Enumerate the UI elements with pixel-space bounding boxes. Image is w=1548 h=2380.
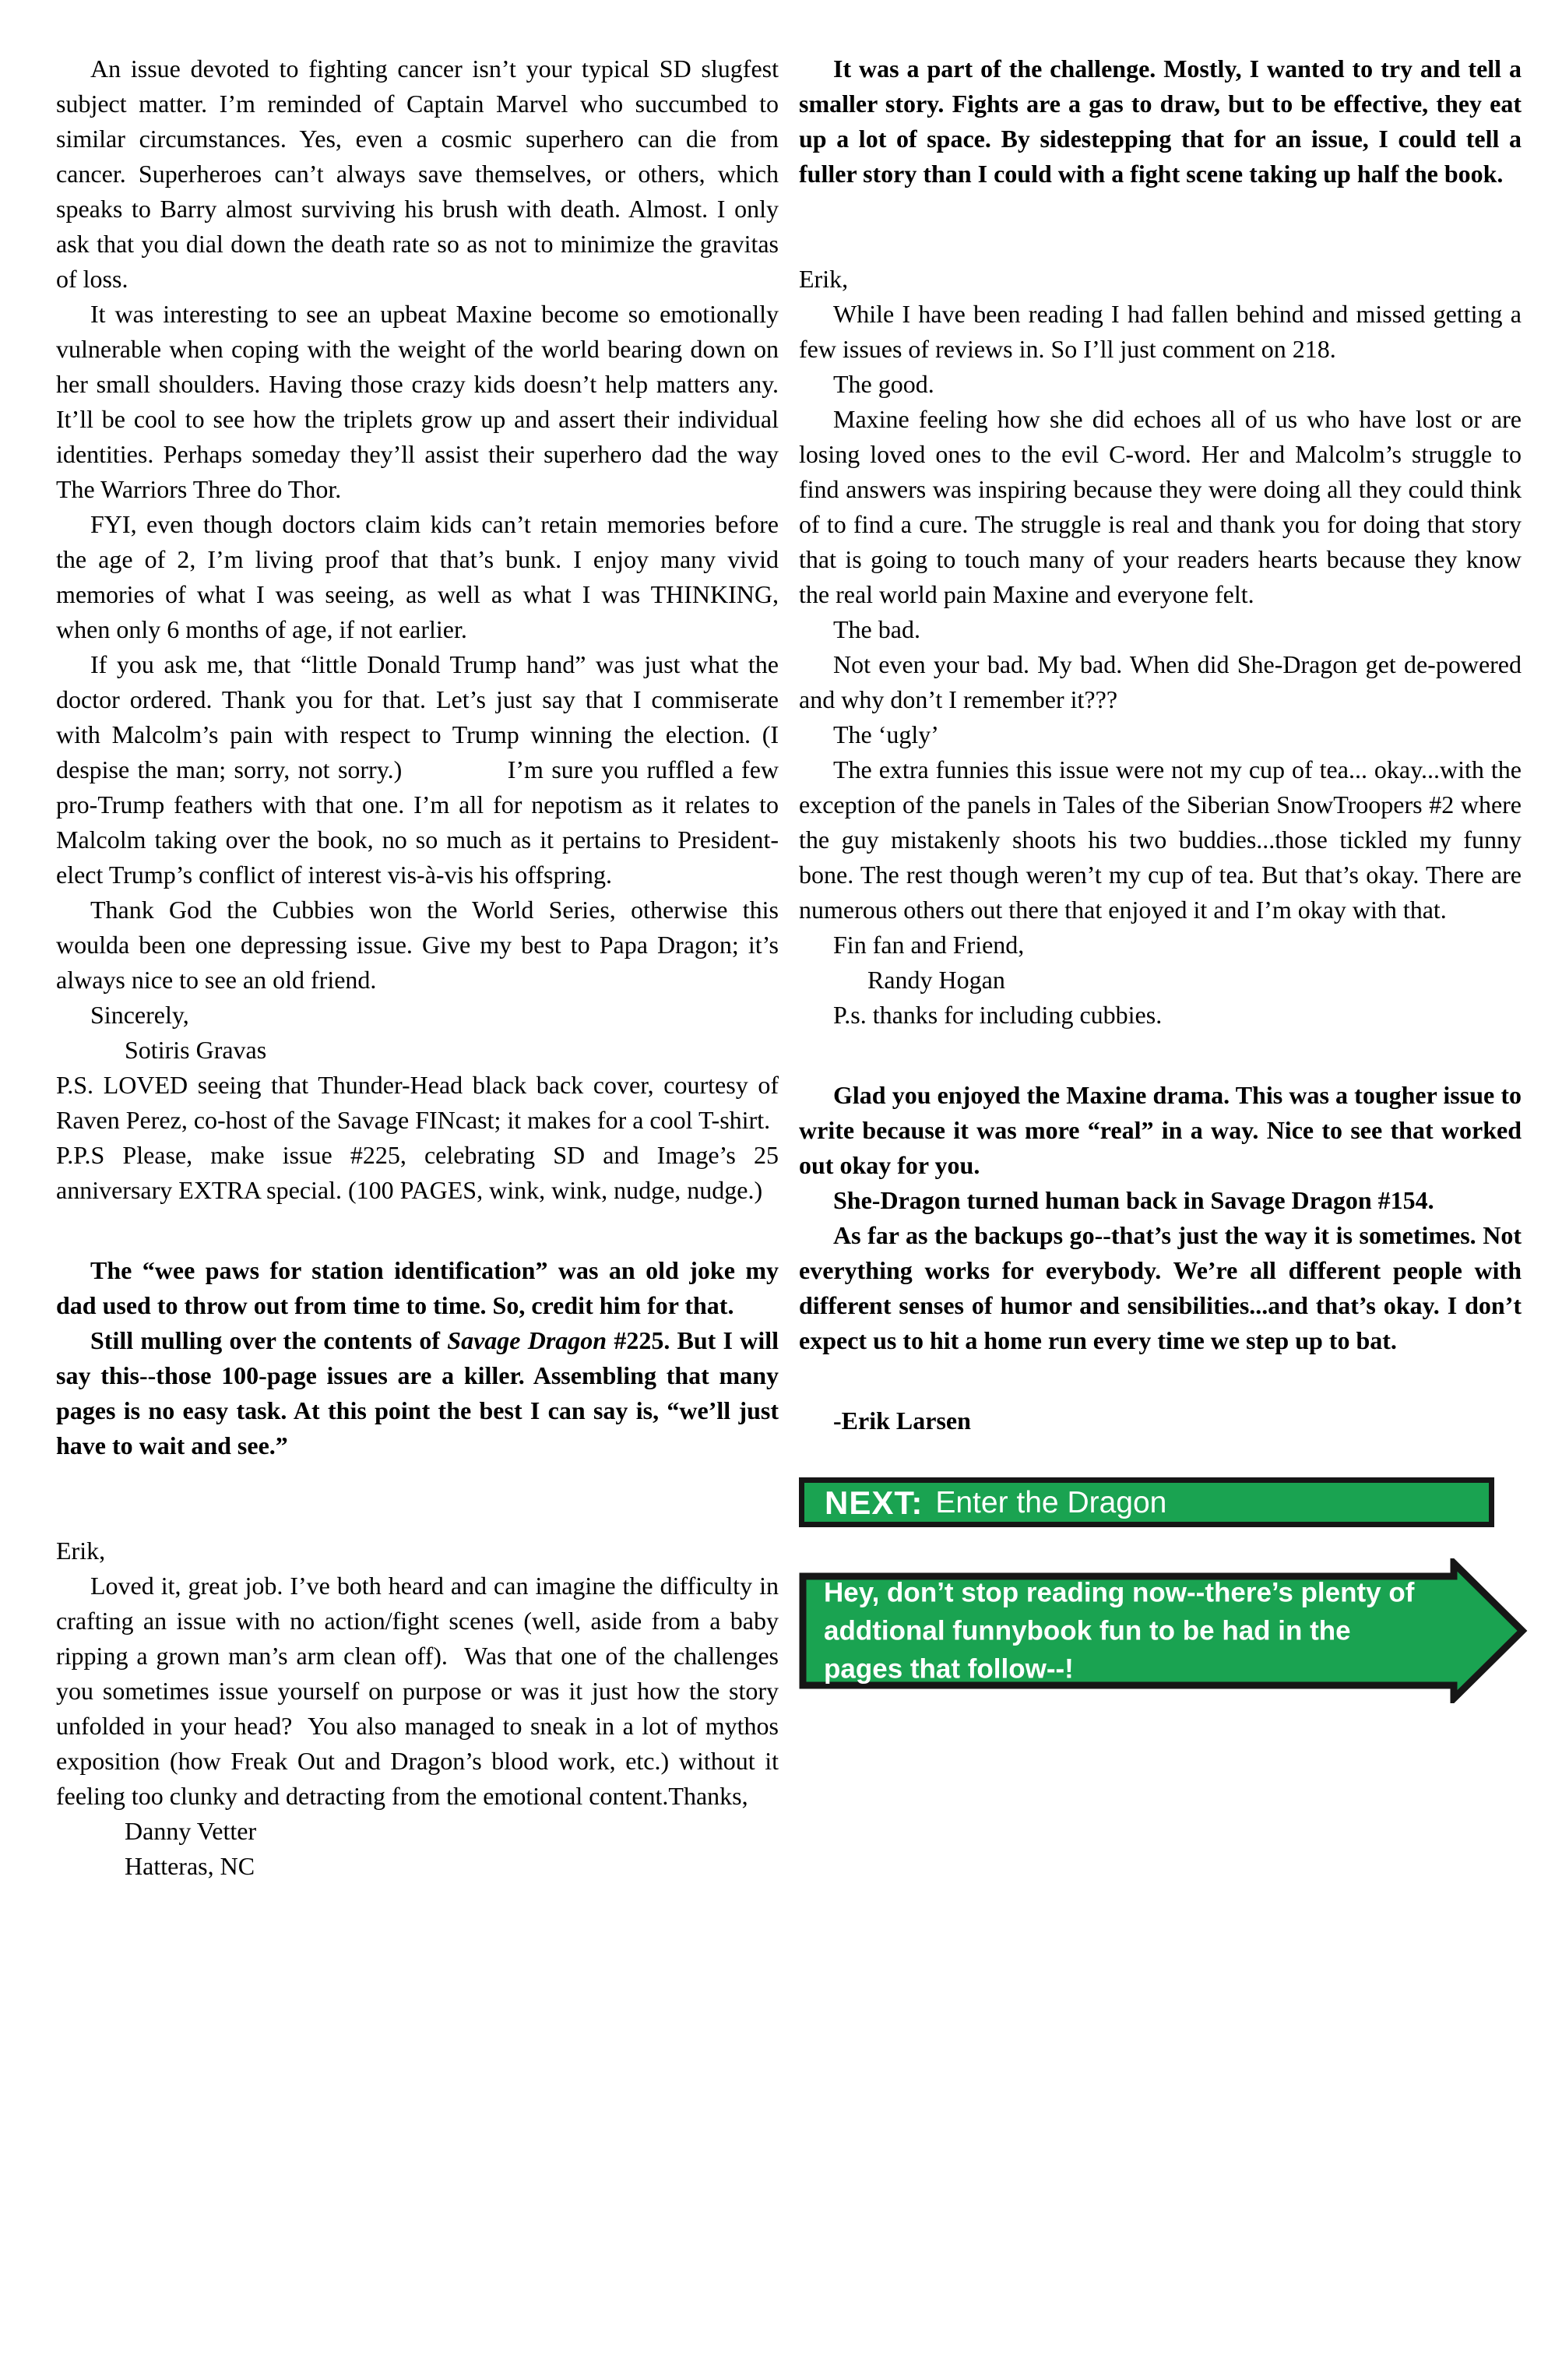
letter-paragraph: Maxine feeling how she did echoes all of… bbox=[799, 402, 1522, 612]
letter-paragraph: While I have been reading I had fallen b… bbox=[799, 297, 1522, 367]
text-segment: Thank God the Cubbies won the World Seri… bbox=[56, 896, 779, 994]
letter-paragraph: It was interesting to see an upbeat Maxi… bbox=[56, 297, 779, 507]
letter-paragraph: Thank God the Cubbies won the World Seri… bbox=[56, 892, 779, 998]
reply-paragraph: Still mulling over the contents of Savag… bbox=[56, 1323, 779, 1463]
text-segment: Still mulling over the contents of bbox=[90, 1326, 447, 1354]
letter-paragraph: FYI, even though doctors claim kids can’… bbox=[56, 507, 779, 647]
text-segment: Erik, bbox=[799, 265, 848, 293]
text-segment: The good. bbox=[833, 370, 934, 398]
text-segment: The “wee paws for station identification… bbox=[56, 1256, 779, 1319]
letter-paragraph: Erik, bbox=[56, 1533, 779, 1568]
text-segment: P.s. thanks for including cubbies. bbox=[833, 1001, 1162, 1029]
text-segment: Sotiris Gravas bbox=[125, 1036, 266, 1064]
text-segment: The ‘ugly’ bbox=[833, 720, 939, 748]
letter-paragraph: The good. bbox=[799, 367, 1522, 402]
letter-paragraph: P.P.S Please, make issue #225, celebrati… bbox=[56, 1138, 779, 1208]
letter-paragraph: P.S. LOVED seeing that Thunder-Head blac… bbox=[56, 1068, 779, 1138]
text-segment: The extra funnies this issue were not my… bbox=[799, 755, 1522, 924]
letter-paragraph: The ‘ugly’ bbox=[799, 717, 1522, 752]
text-segment: The bad. bbox=[833, 615, 920, 643]
right-column: It was a part of the challenge. Mostly, … bbox=[799, 51, 1522, 2357]
text-segment: Danny Vetter bbox=[125, 1817, 256, 1845]
letter-paragraph: Hatteras, NC bbox=[56, 1849, 779, 1884]
arrow-banner: Hey, don’t stop reading now--there’s ple… bbox=[799, 1558, 1531, 1703]
text-segment: If you ask me, that “little Donald Trump… bbox=[56, 650, 779, 889]
letter-paragraph: The extra funnies this issue were not my… bbox=[799, 752, 1522, 928]
spacer bbox=[799, 1033, 1522, 1078]
text-segment: Not even your bad. My bad. When did She-… bbox=[799, 650, 1522, 713]
letter-paragraph: If you ask me, that “little Donald Trump… bbox=[56, 647, 779, 892]
reply-paragraph: It was a part of the challenge. Mostly, … bbox=[799, 51, 1522, 192]
reply-paragraph: As far as the backups go--that’s just th… bbox=[799, 1218, 1522, 1358]
text-segment: An issue devoted to fighting cancer isn’… bbox=[56, 55, 779, 293]
text-segment: Randy Hogan bbox=[867, 966, 1005, 994]
text-segment: Sincerely, bbox=[90, 1001, 189, 1029]
italic-title-segment: Savage Dragon bbox=[447, 1326, 607, 1354]
text-segment: -Erik Larsen bbox=[833, 1407, 971, 1435]
next-label: NEXT: bbox=[825, 1485, 923, 1520]
letter-paragraph: The bad. bbox=[799, 612, 1522, 647]
letter-paragraph: Fin fan and Friend, bbox=[799, 928, 1522, 963]
next-title: Enter the Dragon bbox=[935, 1485, 1166, 1520]
spacer bbox=[56, 1208, 779, 1253]
text-segment: Loved it, great job. I’ve both heard and… bbox=[56, 1572, 779, 1810]
text-segment: While I have been reading I had fallen b… bbox=[799, 300, 1522, 363]
letter-paragraph: P.s. thanks for including cubbies. bbox=[799, 998, 1522, 1033]
letters-page: An issue devoted to fighting cancer isn’… bbox=[0, 0, 1548, 2380]
letter-paragraph: Danny Vetter bbox=[56, 1814, 779, 1849]
text-segment: FYI, even though doctors claim kids can’… bbox=[56, 510, 779, 643]
letter-paragraph: Loved it, great job. I’ve both heard and… bbox=[56, 1568, 779, 1814]
letter-paragraph: Randy Hogan bbox=[799, 963, 1522, 998]
spacer bbox=[799, 1358, 1522, 1403]
text-segment: As far as the backups go--that’s just th… bbox=[799, 1221, 1522, 1354]
letter-paragraph: An issue devoted to fighting cancer isn’… bbox=[56, 51, 779, 297]
text-segment: It was interesting to see an upbeat Maxi… bbox=[56, 300, 779, 503]
text-segment: Fin fan and Friend, bbox=[833, 931, 1024, 959]
text-segment: Erik, bbox=[56, 1537, 105, 1565]
reply-paragraph: Glad you enjoyed the Maxine drama. This … bbox=[799, 1078, 1522, 1183]
spacer bbox=[56, 1463, 779, 1533]
text-segment: P.P.S Please, make issue #225, celebrati… bbox=[56, 1141, 779, 1204]
text-segment: Glad you enjoyed the Maxine drama. This … bbox=[799, 1081, 1522, 1179]
arrow-banner-text: Hey, don’t stop reading now--there’s ple… bbox=[824, 1574, 1416, 1688]
reply-paragraph: She-Dragon turned human back in Savage D… bbox=[799, 1183, 1522, 1218]
spacer bbox=[799, 192, 1522, 262]
text-segment: Hatteras, NC bbox=[125, 1852, 255, 1880]
letter-paragraph: Not even your bad. My bad. When did She-… bbox=[799, 647, 1522, 717]
text-segment: She-Dragon turned human back in Savage D… bbox=[833, 1186, 1434, 1214]
reply-paragraph: The “wee paws for station identification… bbox=[56, 1253, 779, 1323]
letter-paragraph: Erik, bbox=[799, 262, 1522, 297]
text-segment: It was a part of the challenge. Mostly, … bbox=[799, 55, 1522, 188]
next-banner: NEXT: Enter the Dragon bbox=[799, 1477, 1494, 1527]
text-segment: P.S. LOVED seeing that Thunder-Head blac… bbox=[56, 1071, 779, 1134]
left-column: An issue devoted to fighting cancer isn’… bbox=[56, 51, 779, 2357]
letter-paragraph: Sincerely, bbox=[56, 998, 779, 1033]
letter-paragraph: Sotiris Gravas bbox=[56, 1033, 779, 1068]
reply-paragraph: -Erik Larsen bbox=[799, 1403, 1522, 1438]
text-segment: Maxine feeling how she did echoes all of… bbox=[799, 405, 1522, 608]
